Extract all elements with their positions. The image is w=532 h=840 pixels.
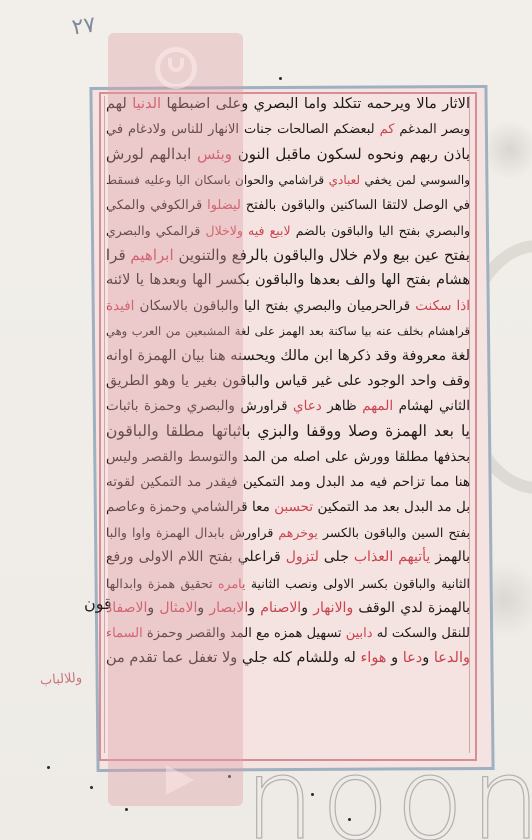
text-segment: باذن ربهم ونحوه لسكون ماقبل النون bbox=[232, 145, 470, 163]
rubricated-word: تحسبن bbox=[274, 499, 313, 515]
noon-watermark-logo: noon bbox=[244, 760, 532, 840]
ink-speck bbox=[125, 808, 128, 811]
rubricated-word: والانهار bbox=[313, 600, 353, 616]
text-segment: بفتح السين والباقون بالكسر bbox=[318, 525, 470, 540]
text-segment: جلى bbox=[319, 549, 354, 565]
rubricated-word: اذا سكنت bbox=[415, 298, 470, 314]
rubricated-word: يوخرهم bbox=[278, 525, 317, 540]
rubricated-word: لعبادي bbox=[329, 173, 360, 187]
text-segment: والبصري بفتح اليا والباقون بالضم bbox=[291, 223, 470, 238]
margin-note-rubric: وللالباب bbox=[40, 671, 83, 689]
rubricated-word: دابين bbox=[346, 626, 373, 641]
rubricated-word: كم bbox=[380, 122, 395, 137]
text-segment: و bbox=[422, 650, 434, 666]
rubricated-word: لتزول bbox=[286, 549, 319, 565]
ink-speck bbox=[90, 786, 93, 789]
text-segment: بالهمزة لدي الوقف bbox=[353, 600, 470, 616]
watermark-play-arrow-icon bbox=[166, 765, 194, 795]
rubricated-word: الاصنام bbox=[260, 600, 301, 616]
rubricated-word: يأتيهم العذاب bbox=[354, 549, 430, 565]
watermark-overlay bbox=[108, 33, 243, 806]
rubricated-word: هواء bbox=[360, 650, 386, 666]
text-segment: وبصر المدغم bbox=[394, 122, 470, 137]
text-segment: والسوسي لمن يخفي bbox=[360, 173, 470, 187]
rubricated-word: دعاي bbox=[293, 398, 322, 414]
folio-number: ٢٧ bbox=[70, 12, 97, 40]
text-segment: الثاني لهشام bbox=[393, 398, 470, 414]
text-segment: و bbox=[248, 600, 260, 616]
rubricated-word: المهم bbox=[362, 398, 393, 414]
rubricated-word: دعا bbox=[403, 650, 423, 666]
text-segment: بل مد البدل بعد مد التمكين bbox=[313, 499, 470, 515]
text-segment: و bbox=[301, 600, 313, 616]
text-segment: الثانية والباقون بكسر الاولى ونصب الثاني… bbox=[245, 576, 470, 591]
text-segment: في الوصل لالتقا الساكنين والباقون بالفتح bbox=[241, 198, 470, 213]
text-segment: ظاهر bbox=[322, 398, 362, 414]
text-segment: و bbox=[386, 650, 402, 666]
ink-speck bbox=[279, 77, 282, 80]
text-segment: للنقل والسكت له bbox=[373, 626, 470, 641]
rubricated-word: والدعا bbox=[434, 650, 470, 666]
text-segment: بالهمز bbox=[430, 549, 470, 565]
ink-speck bbox=[47, 766, 50, 769]
manuscript-page: ٢٧ الاثار مالا ويرحمه تتكلد واما البصري … bbox=[0, 0, 532, 840]
